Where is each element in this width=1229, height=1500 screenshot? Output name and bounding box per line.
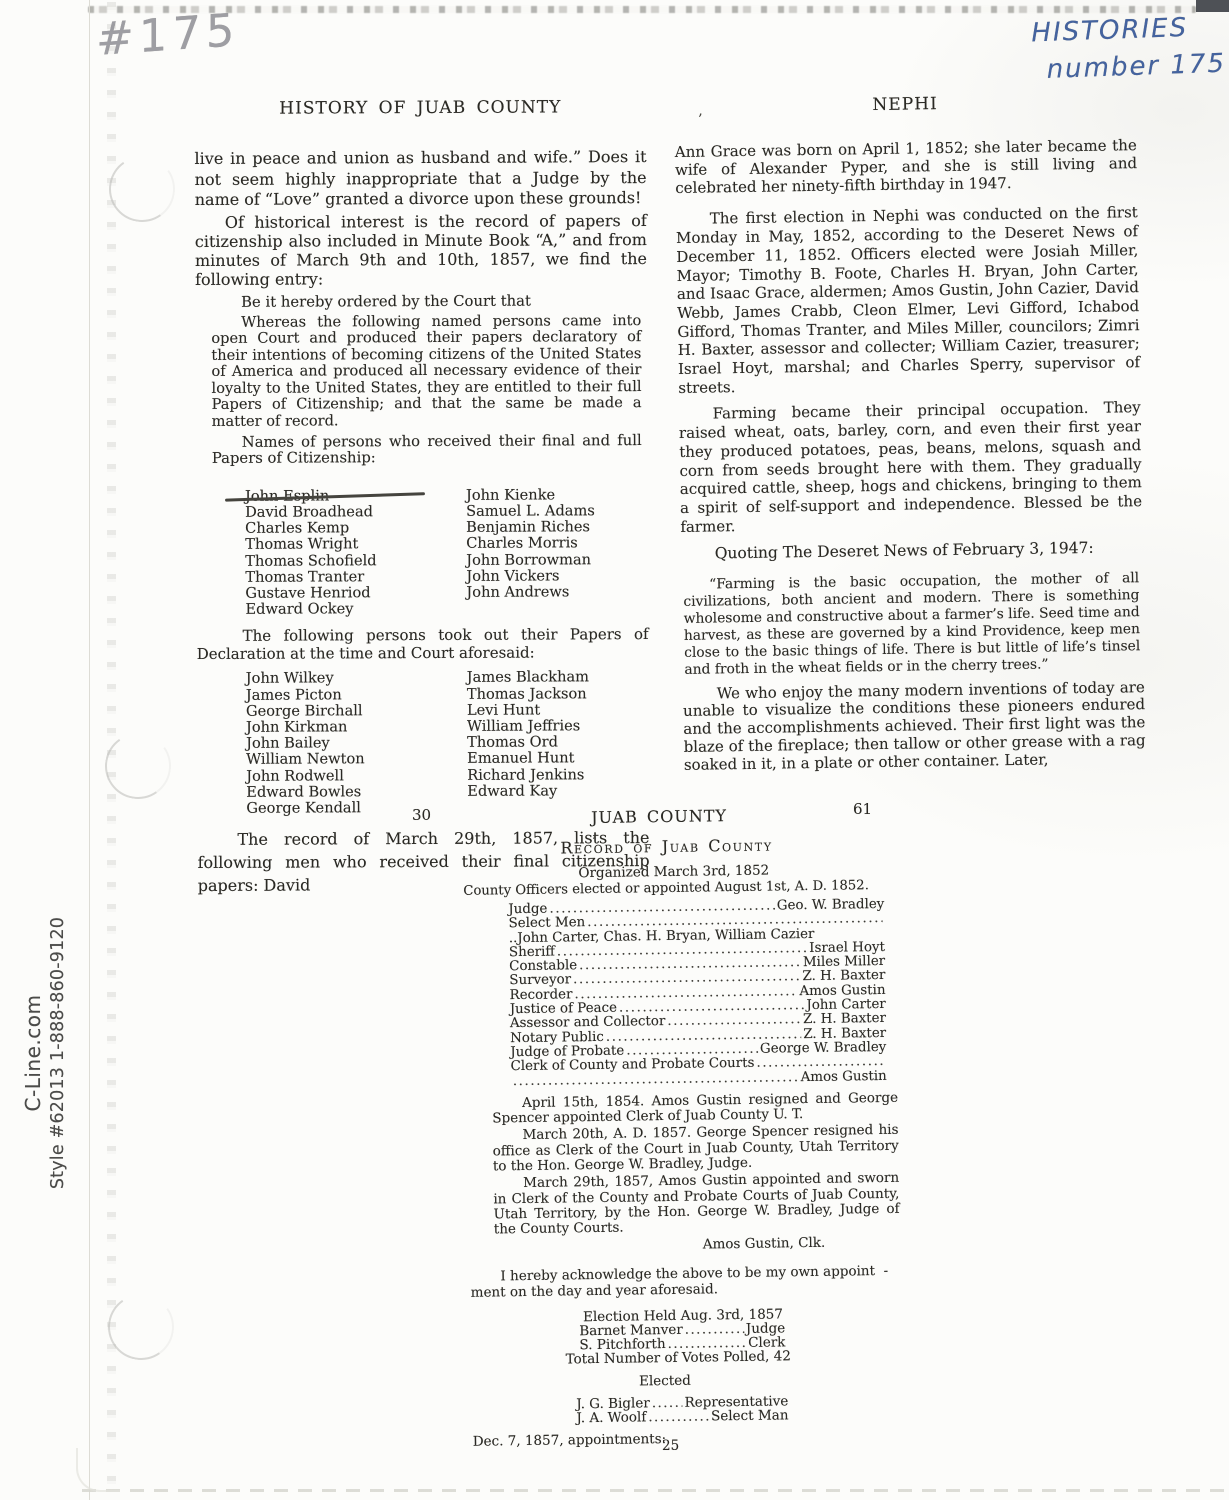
list-item: William Newton	[246, 751, 467, 768]
list-item: John Wilkey	[246, 670, 467, 687]
person-name: Gustave Henriod	[245, 584, 370, 602]
election-name: Barnet Manver	[579, 1322, 683, 1337]
list-item: Samuel L. Adams	[466, 503, 648, 520]
person-name: John Kirkman	[246, 718, 347, 735]
list-item: James Picton	[246, 686, 467, 703]
dot-leader	[685, 1321, 744, 1336]
citizenship-name-list: John EsplinDavid BroadheadCharles KempTh…	[245, 487, 649, 618]
person-name: James Picton	[246, 686, 342, 703]
election-office: Judge	[746, 1321, 786, 1336]
paragraph: April 15th, 1854. Amos Gustin resigned a…	[492, 1091, 898, 1127]
elected-rows: J. G. Bigler Representative J. A. Woolf …	[576, 1394, 788, 1425]
list-item: Richard Jenkins	[467, 767, 649, 784]
person-name: Charles Morris	[466, 535, 578, 552]
person-name: Benjamin Riches	[466, 519, 590, 537]
list-item: John Rodwell	[246, 767, 467, 784]
paragraph: Farming became their principal occupatio…	[679, 399, 1143, 537]
election-office: Clerk	[748, 1335, 785, 1350]
block-quote: “Farming is the basic occupation, the mo…	[683, 570, 1140, 678]
person-name: John Bailey	[246, 735, 330, 752]
person-name: Levi Hunt	[467, 701, 540, 718]
person-name: John Andrews	[466, 583, 569, 600]
running-head-left: HISTORY OF JUAB COUNTY	[194, 97, 646, 119]
election-block: Election Held Aug. 3rd, 1857 Barnet Manv…	[579, 1307, 786, 1352]
office-holder: Geo. W. Bradley	[777, 898, 885, 914]
list-item: Edward Kay	[467, 783, 649, 800]
list-item: Levi Hunt	[467, 702, 649, 719]
person-name: Thomas Tranter	[245, 568, 364, 586]
list-item: Gustave Henriod	[245, 585, 466, 602]
person-name: William Newton	[246, 751, 365, 769]
list-item: John Vickers	[466, 568, 648, 585]
list-item: Benjamin Riches	[466, 519, 648, 536]
elected-name: J. A. Woolf	[576, 1410, 646, 1425]
person-name: James Blackham	[467, 669, 589, 687]
person-name: George Birchall	[246, 702, 363, 720]
sleeve-brand-imprint: C-Line.com Style #62013 1-888-860-9120	[20, 916, 70, 1190]
elected-office: Select Man	[711, 1408, 789, 1423]
person-name: John Borrowman	[466, 551, 591, 569]
list-item: Thomas Jackson	[467, 686, 649, 703]
list-item: William Jeffries	[467, 718, 649, 735]
paragraph: Ann Grace was born on April 1, 1852; she…	[675, 137, 1138, 197]
dot-leader	[652, 1395, 683, 1409]
list-item: Edward Ockey	[245, 601, 466, 618]
stray-mark: ’	[698, 112, 702, 128]
sleeve-brand-text: C-Line.com	[20, 916, 46, 1190]
person-name: William Jeffries	[467, 717, 580, 734]
list-item: John Kirkman	[246, 719, 467, 736]
office-holder: Amos Gustin	[801, 1069, 887, 1084]
names-intro: Names of persons who received their fina…	[212, 433, 642, 468]
dot-leader	[513, 1071, 799, 1089]
list-item: John Andrews	[466, 584, 648, 601]
dot-leader	[648, 1409, 709, 1424]
list-item: John Kienke	[466, 487, 648, 504]
list-item: John Bailey	[246, 735, 467, 752]
person-name: Thomas Jackson	[467, 685, 587, 703]
handwritten-pencil-number: #175	[96, 5, 239, 65]
person-name: John Wilkey	[246, 670, 334, 687]
book-column-right: NEPHI Ann Grace was born on April 1, 185…	[674, 91, 1146, 774]
record-paragraphs: April 15th, 1854. Amos Gustin resigned a…	[492, 1091, 900, 1238]
scanned-document-page: { "colors": { "ink_blue": "#44639f", "pe…	[0, 0, 1229, 1500]
person-name: Charles Kemp	[245, 520, 349, 537]
appointments-line: Dec. 7, 1857, appointments:	[473, 1428, 909, 1449]
running-head-right: NEPHI	[674, 91, 1136, 118]
paragraph: March 29th, 1857, Amos Gustin appointed …	[493, 1171, 900, 1238]
list-item: Charles Morris	[466, 535, 648, 552]
scan-edge-strip	[88, 6, 1196, 13]
list-item: James Blackham	[467, 669, 649, 686]
person-name: John Rodwell	[246, 767, 344, 784]
paragraph: We who enjoy the many modern inventions …	[683, 679, 1146, 774]
person-name: Edward Ockey	[245, 601, 353, 618]
list-item: John Borrowman	[466, 552, 648, 569]
list-item: George Birchall	[246, 703, 467, 720]
list-item: Thomas Schofield	[245, 552, 466, 569]
sheet-protector-bottom-edge	[82, 1489, 1229, 1492]
paragraph: March 20th, A. D. 1857. George Spencer r…	[492, 1123, 899, 1175]
person-name: Emanuel Hunt	[467, 750, 574, 767]
paragraph: The first election in Nephi was conducte…	[676, 204, 1141, 398]
elected-row: J. A. Woolf Select Man	[576, 1408, 788, 1425]
list-item: Thomas Tranter	[245, 569, 466, 586]
person-name: John Vickers	[466, 567, 559, 584]
list-item: Emanuel Hunt	[467, 750, 649, 767]
court-order-line: Be it hereby ordered by the Court that	[195, 292, 647, 311]
name-list-column: John EsplinDavid BroadheadCharles KempTh…	[245, 488, 467, 619]
votes-total-line: Total Number of Votes Polled, 42	[566, 1347, 908, 1367]
page-number-bottom: 25	[662, 1438, 679, 1454]
list-item: Thomas Ord	[467, 734, 649, 751]
acknowledgement: I hereby acknowledge the above to be my …	[470, 1262, 890, 1301]
handwritten-ink-note: HISTORIES number 175	[1031, 9, 1227, 90]
election-rows: Barnet Manver Judge S. Pitchforth Clerk	[579, 1321, 785, 1352]
person-name: Richard Jenkins	[467, 766, 584, 784]
list-item: Charles Kemp	[245, 520, 466, 537]
whereas-paragraph: Whereas the following named persons came…	[211, 313, 642, 431]
list-item: John Esplin	[245, 488, 466, 505]
book-column-left: HISTORY OF JUAB COUNTY live in peace and…	[194, 97, 649, 897]
person-name: Samuel L. Adams	[466, 502, 595, 520]
name-list-column: James BlackhamThomas JacksonLevi HuntWil…	[467, 669, 650, 816]
person-name: Edward Bowles	[246, 783, 361, 801]
person-name: Thomas Ord	[467, 734, 558, 751]
list-item: Edward Bowles	[246, 784, 467, 801]
person-name: David Broadhead	[245, 503, 373, 521]
paragraph: Of historical interest is the record of …	[195, 211, 647, 289]
name-list-column: John KienkeSamuel L. AdamsBenjamin Riche…	[466, 487, 649, 617]
person-name: Thomas Wright	[245, 536, 358, 553]
list-item: Thomas Wright	[245, 536, 466, 553]
quote-intro: Quoting The Deseret News of February 3, …	[681, 538, 1143, 564]
name-list-column: John WilkeyJames PictonGeorge BirchallJo…	[246, 670, 468, 817]
record-page-subheading: Record of Juab County	[441, 836, 891, 857]
sheet-protector-corner	[76, 1448, 120, 1492]
person-name: George Kendall	[246, 799, 361, 816]
person-name: John Kienke	[466, 486, 555, 503]
clerk-signature: Amos Gustin, Clk.	[644, 1235, 884, 1253]
sleeve-style-text: Style #62013 1-888-860-9120	[46, 916, 70, 1190]
handwritten-ink-line2: number 175	[1046, 46, 1227, 89]
county-officers-list: Judge Geo. W. Bradley Select Men ..John …	[508, 898, 887, 1089]
stray-mark: ’	[592, 834, 596, 850]
paragraph: live in peace and union as husband and w…	[194, 147, 646, 210]
person-name: Edward Kay	[467, 782, 557, 799]
page-number-left: 30	[412, 806, 431, 824]
sheet-protector-edge	[89, 0, 90, 1500]
elected-title: Elected	[440, 1370, 890, 1391]
list-item: David Broadhead	[245, 504, 466, 521]
record-page: JUAB COUNTY Record of Juab County Organi…	[450, 806, 909, 1450]
person-name: Thomas Schofield	[245, 552, 376, 570]
declaration-intro: The following persons took out their Pap…	[197, 625, 649, 663]
declaration-name-list: John WilkeyJames PictonGeorge BirchallJo…	[246, 669, 650, 817]
